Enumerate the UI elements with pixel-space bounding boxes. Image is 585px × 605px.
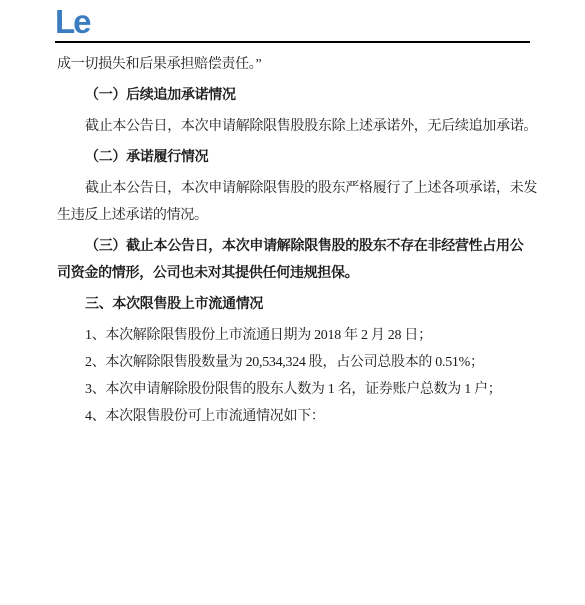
paragraph: 成一切损失和后果承担赔偿责任。” [57,51,535,78]
list-item: 1、本次解除限售股份上市流通日期为 2018 年 2 月 28 日； [57,322,535,349]
leeco-logo: Le [55,4,530,40]
text-line: （一）后续追加承诺情况 [57,82,535,109]
text-line: 2、本次解除限售股数量为 20,534,324 股，占公司总股本的 0.51%； [57,349,535,376]
text-line: 截止本公告日，本次申请解除限售股股东除上述承诺外，无后续追加承诺。 [57,113,535,140]
text-line: 三、本次限售股上市流通情况 [57,291,535,318]
list-item: 2、本次解除限售股数量为 20,534,324 股，占公司总股本的 0.51%； [57,349,535,376]
list-item: 3、本次申请解除股份限售的股东人数为 1 名，证券账户总数为 1 户； [57,376,535,403]
text-line: （三）截止本公告日，本次申请解除限售股的股东不存在非经营性占用公 [57,233,535,260]
section-heading: 三、本次限售股上市流通情况 [57,291,535,318]
section-heading: （三）截止本公告日，本次申请解除限售股的股东不存在非经营性占用公司资金的情形，公… [57,233,535,287]
header-rule [55,41,530,43]
section-heading: （一）后续追加承诺情况 [57,82,535,109]
text-line: 3、本次申请解除股份限售的股东人数为 1 名，证券账户总数为 1 户； [57,376,535,403]
document-body: 成一切损失和后果承担赔偿责任。”（一）后续追加承诺情况截止本公告日，本次申请解除… [57,51,535,430]
page-header: Le [55,0,530,43]
paragraph: 截止本公告日，本次申请解除限售股股东除上述承诺外，无后续追加承诺。 [57,113,535,140]
list-item: 4、本次限售股份可上市流通情况如下： [57,403,535,430]
text-line: （二）承诺履行情况 [57,144,535,171]
text-line: 1、本次解除限售股份上市流通日期为 2018 年 2 月 28 日； [57,322,535,349]
text-line: 4、本次限售股份可上市流通情况如下： [57,403,535,430]
text-line: 司资金的情形，公司也未对其提供任何违规担保。 [57,260,535,287]
text-line: 生违反上述承诺的情况。 [57,202,535,229]
text-line: 成一切损失和后果承担赔偿责任。” [57,51,535,78]
section-heading: （二）承诺履行情况 [57,144,535,171]
paragraph: 截止本公告日，本次申请解除限售股的股东严格履行了上述各项承诺，未发生违反上述承诺… [57,175,535,229]
text-line: 截止本公告日，本次申请解除限售股的股东严格履行了上述各项承诺，未发 [57,175,535,202]
document-page: Le 成一切损失和后果承担赔偿责任。”（一）后续追加承诺情况截止本公告日，本次申… [0,0,585,605]
